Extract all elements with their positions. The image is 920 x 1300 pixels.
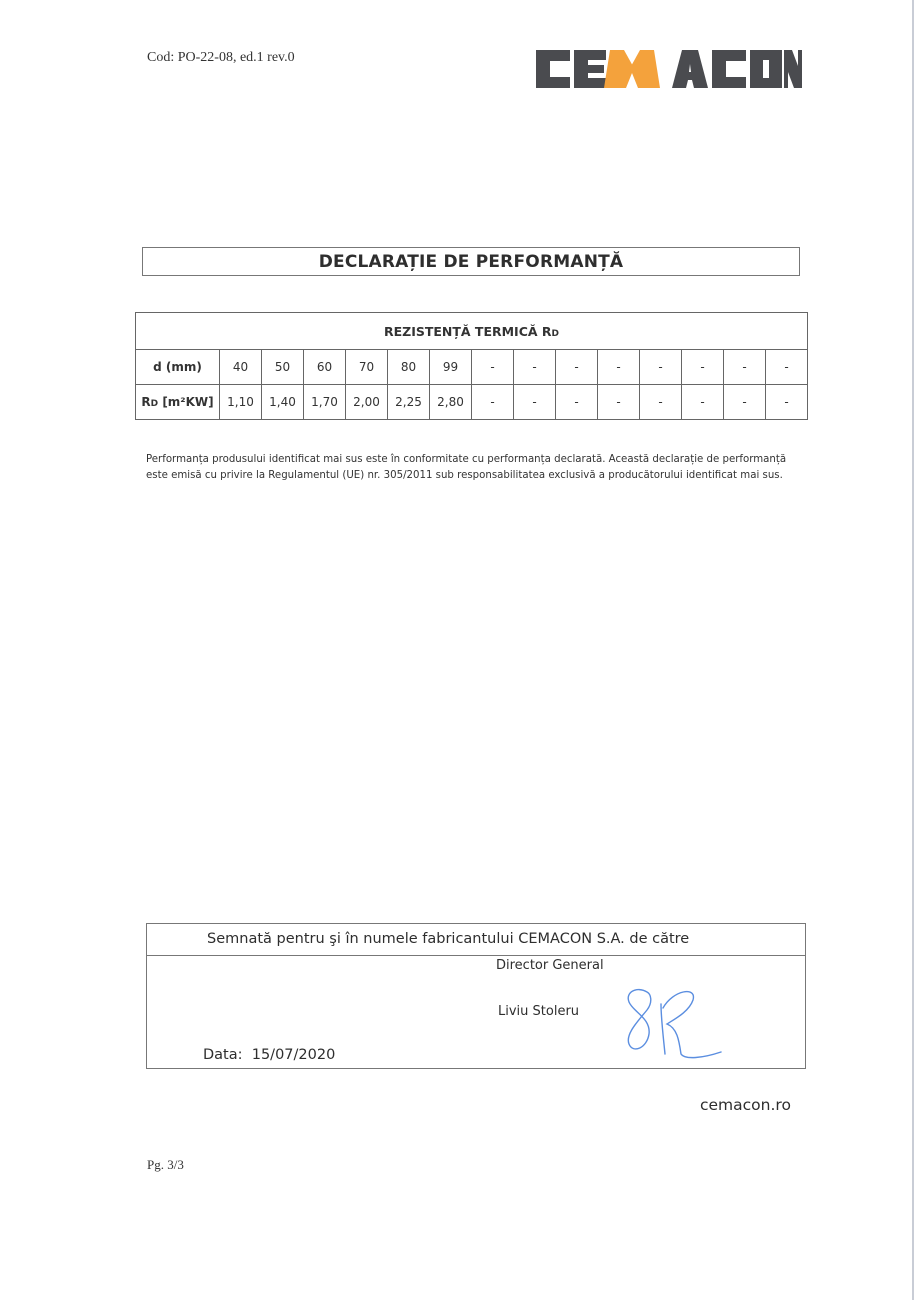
scan-edge — [912, 0, 914, 1300]
row-label: RD [m²KW] — [136, 385, 220, 420]
table-cell: - — [472, 350, 514, 385]
website-link: cemacon.ro — [700, 1096, 791, 1114]
table-cell: 2,80 — [430, 385, 472, 420]
table-row-thickness: d (mm) 405060708099-------- — [136, 350, 808, 385]
table-cell: - — [598, 350, 640, 385]
table-cell: - — [472, 385, 514, 420]
table-title: REZISTENȚĂ TERMICĂ RD — [136, 313, 808, 350]
table-cell: 2,00 — [346, 385, 388, 420]
table-cell: - — [640, 350, 682, 385]
table-cell: 1,10 — [220, 385, 262, 420]
table-cell: - — [514, 385, 556, 420]
handwritten-signature-icon — [617, 984, 727, 1066]
document-title: DECLARAȚIE DE PERFORMANȚĂ — [319, 252, 624, 272]
table-cell: - — [640, 385, 682, 420]
table-cell: - — [682, 350, 724, 385]
signature-heading: Semnată pentru şi în numele fabricantulu… — [147, 924, 805, 956]
table-cell: - — [724, 350, 766, 385]
table-cell: 80 — [388, 350, 430, 385]
document-code: Cod: PO-22-08, ed.1 rev.0 — [147, 50, 295, 66]
table-cell: 99 — [430, 350, 472, 385]
table-cell: 70 — [346, 350, 388, 385]
thermal-resistance-table: REZISTENȚĂ TERMICĂ RD d (mm) 40506070809… — [135, 312, 808, 420]
table-cell: - — [556, 385, 598, 420]
table-cell: - — [514, 350, 556, 385]
cemacon-logo-icon — [534, 44, 804, 94]
table-cell: - — [556, 350, 598, 385]
page-number: Pg. 3/3 — [147, 1157, 184, 1173]
signature-date: Data: 15/07/2020 — [203, 1047, 335, 1063]
table-cell: 2,25 — [388, 385, 430, 420]
table-cell: - — [598, 385, 640, 420]
row-label: d (mm) — [136, 350, 220, 385]
table-cell: 1,70 — [304, 385, 346, 420]
table-cell: 50 — [262, 350, 304, 385]
table-cell: 60 — [304, 350, 346, 385]
table-cell: - — [766, 350, 808, 385]
signatory-name: Liviu Stoleru — [498, 1004, 579, 1019]
table-cell: - — [682, 385, 724, 420]
document-title-box: DECLARAȚIE DE PERFORMANȚĂ — [142, 247, 800, 276]
conformity-statement: Performanța produsului identificat mai s… — [146, 452, 806, 484]
table-row-resistance: RD [m²KW] 1,101,401,702,002,252,80------… — [136, 385, 808, 420]
signature-box: Semnată pentru şi în numele fabricantulu… — [146, 923, 806, 1069]
table-cell: 40 — [220, 350, 262, 385]
table-cell: 1,40 — [262, 385, 304, 420]
signatory-role: Director General — [496, 958, 604, 973]
table-cell: - — [766, 385, 808, 420]
table-cell: - — [724, 385, 766, 420]
